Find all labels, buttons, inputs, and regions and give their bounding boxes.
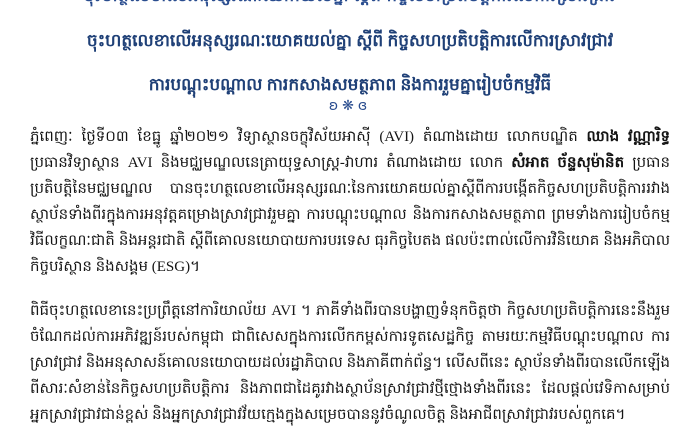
document-page: ចុះហត្ថលេខាលើអនុស្សរណៈយោគយល់គ្នា ស្តីពី … [0, 0, 700, 430]
clipped-heading-line: ចុះហត្ថលេខាលើអនុស្សរណៈយោគយល់គ្នា ស្តីពី … [0, 0, 700, 9]
paragraph-1: ភ្នំពេញៈ ថ្ងៃទី០៣ ខែធ្នូ ឆ្នាំ២០២១ វិទ្យ… [30, 124, 670, 280]
body-line: ប្រធានវិទ្យាស្ថាន AVI និងមជ្ឈមណ្ឌលនេត្រា… [30, 150, 670, 176]
paragraph-text: ប្រធាន [624, 155, 670, 171]
body-line: ប្រតិបត្តិនៃមជ្ឈមណ្ឌល បានចុះហត្ថលេខាលើអន… [30, 176, 670, 202]
person-name-bold: ឈាង វណ្ណារិទ្ធ [587, 129, 670, 145]
paragraph-2: ពិធីចុះហត្ថលេខានេះប្រព្រឹត្តនៅការិយាល័យ … [30, 298, 670, 428]
body-line: ចំណែកដល់ការអភិវឌ្ឍន៍របស់កម្ពុជា ជាពិសេសក… [30, 324, 670, 350]
body-line: វិធីលក្ខណៈជាតិ និងអន្តរជាតិ ស្តីពីគោលនយោ… [30, 228, 670, 254]
body-line: កិច្ចបរិស្ថាន និងសង្គម (ESG)។ [30, 254, 670, 280]
body-line: ភ្នំពេញៈ ថ្ងៃទី០៣ ខែធ្នូ ឆ្នាំ២០២១ វិទ្យ… [30, 124, 670, 150]
body-line: ស្រាវជ្រាវ និងអនុសាសន៍គោលនយោបាយដល់រដ្ឋាភ… [30, 350, 670, 376]
body-line: ពីសារៈសំខាន់នៃកិច្ចសហប្រតិបត្តិការ និងភា… [30, 376, 670, 402]
body-line: អ្នកស្រាវជ្រាវជាន់ខ្ពស់ និងអ្នកស្រាវជ្រា… [30, 402, 670, 428]
title-line-1: ចុះហត្ថលេខាលើអនុស្សរណៈយោគយល់គ្នា ស្តីពី … [10, 26, 690, 56]
paragraph-text: ភ្នំពេញៈ ថ្ងៃទី០៣ ខែធ្នូ ឆ្នាំ២០២១ វិទ្យ… [30, 129, 587, 145]
title-line-2: ការបណ្តុះបណ្តាល ការកសាងសមត្ថភាព និងការរួ… [10, 70, 690, 100]
ornament-divider: ʚ❋ɞ [0, 98, 700, 114]
clipped-heading-text: ចុះហត្ថលេខាលើអនុស្សរណៈយោគយល់គ្នា ស្តីពី … [0, 0, 700, 9]
paragraph-text: ប្រធានវិទ្យាស្ថាន AVI និងមជ្ឈមណ្ឌលនេត្រា… [30, 155, 511, 171]
body-line: ពិធីចុះហត្ថលេខានេះប្រព្រឹត្តនៅការិយាល័យ … [30, 298, 670, 324]
person-name-bold: សំអាត ច័ន្ទសុម៉ានិត [511, 155, 624, 171]
body-line: ស្ថាប័នទាំងពីរក្នុងការអនុវត្តគម្រោងស្រាវ… [30, 202, 670, 228]
